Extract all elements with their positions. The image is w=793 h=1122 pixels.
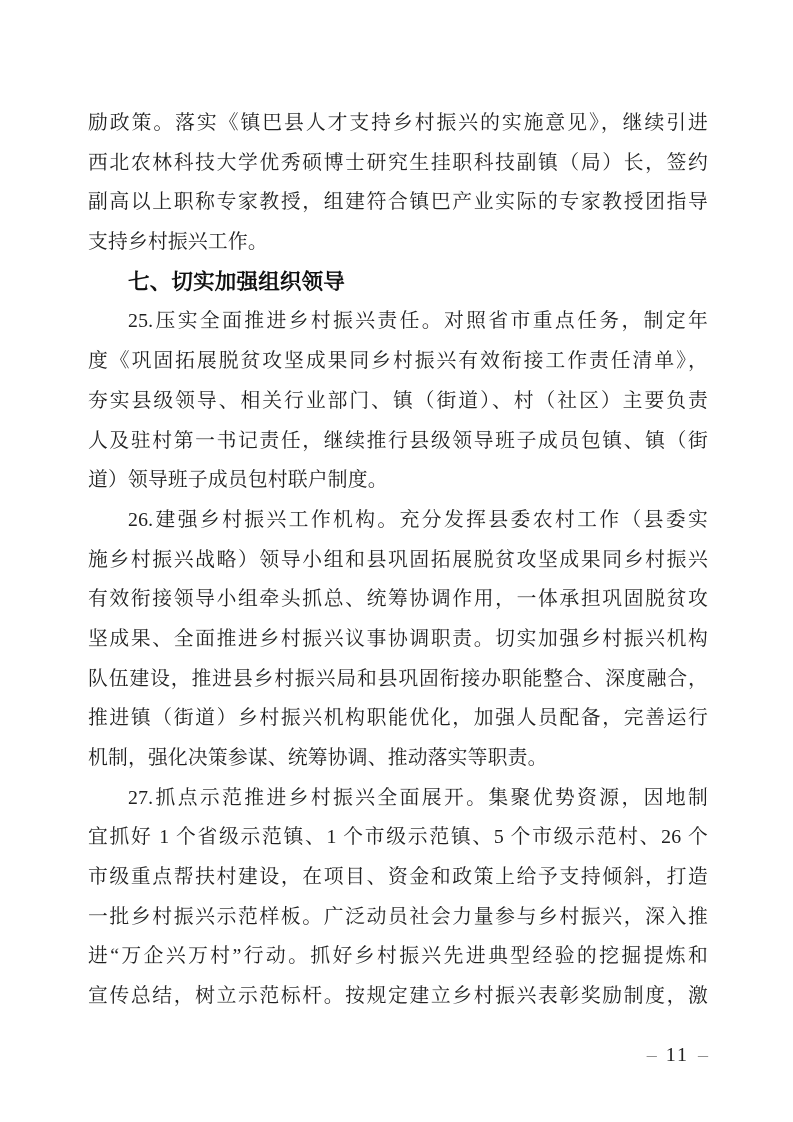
para-continuation: 励政策。落实《镇巴县人才支持乡村振兴的实施意见》，继续引进西北农林科技大学优秀硕… (88, 104, 708, 263)
footer-dash-left: – (647, 1044, 657, 1066)
text-line: 夯实县级领导、相关行业部门、镇（街道）、村（社区）主要负责 (88, 382, 708, 422)
text-line: 25.压实全面推进乡村振兴责任。对照省市重点任务，制定年 (88, 302, 708, 342)
para-26: 26.建强乡村振兴工作机构。充分发挥县委农村工作（县委实施乡村振兴战略）领导小组… (88, 501, 708, 779)
text-line: 推进镇（街道）乡村振兴机构职能优化，加强人员配备，完善运行 (88, 699, 708, 739)
page-footer: –11– (88, 1044, 708, 1067)
document-page: 励政策。落实《镇巴县人才支持乡村振兴的实施意见》，继续引进西北农林科技大学优秀硕… (0, 0, 793, 1122)
text-line: 度《巩固拓展脱贫攻坚成果同乡村振兴有效衔接工作责任清单》， (88, 342, 708, 382)
text-line: 人及驻村第一书记责任，继续推行县级领导班子成员包镇、镇（街 (88, 422, 708, 462)
text-line: 27.抓点示范推进乡村振兴全面展开。集聚优势资源，因地制 (88, 779, 708, 819)
section-heading: 七、切实加强组织领导 (88, 263, 708, 303)
text-line: 西北农林科技大学优秀硕博士研究生挂职科技副镇（局）长，签约 (88, 144, 708, 184)
text-line: 宣传总结，树立示范标杆。按规定建立乡村振兴表彰奖励制度，激 (88, 977, 708, 1017)
text-line: 机制，强化决策参谋、统筹协调、推动落实等职责。 (88, 739, 708, 779)
text-line: 坚成果、全面推进乡村振兴议事协调职责。切实加强乡村振兴机构 (88, 620, 708, 660)
para-25: 25.压实全面推进乡村振兴责任。对照省市重点任务，制定年度《巩固拓展脱贫攻坚成果… (88, 302, 708, 500)
heading-line: 七、切实加强组织领导 (88, 263, 708, 303)
text-line: 市级重点帮扶村建设，在项目、资金和政策上给予支持倾斜，打造 (88, 858, 708, 898)
page-number: 11 (666, 1044, 689, 1066)
text-line: 宜抓好 1 个省级示范镇、1 个市级示范镇、5 个市级示范村、26 个 (88, 818, 708, 858)
text-line: 26.建强乡村振兴工作机构。充分发挥县委农村工作（县委实 (88, 501, 708, 541)
text-line: 进“万企兴万村”行动。抓好乡村振兴先进典型经验的挖掘提炼和 (88, 937, 708, 977)
document-body: 励政策。落实《镇巴县人才支持乡村振兴的实施意见》，继续引进西北农林科技大学优秀硕… (88, 104, 708, 1017)
text-line: 有效衔接领导小组牵头抓总、统筹协调作用，一体承担巩固脱贫攻 (88, 580, 708, 620)
text-line: 队伍建设，推进县乡村振兴局和县巩固衔接办职能整合、深度融合， (88, 660, 708, 700)
text-line: 励政策。落实《镇巴县人才支持乡村振兴的实施意见》，继续引进 (88, 104, 708, 144)
footer-dash-right: – (698, 1044, 708, 1066)
para-27: 27.抓点示范推进乡村振兴全面展开。集聚优势资源，因地制宜抓好 1 个省级示范镇… (88, 779, 708, 1017)
text-line: 施乡村振兴战略）领导小组和县巩固拓展脱贫攻坚成果同乡村振兴 (88, 541, 708, 581)
text-line: 支持乡村振兴工作。 (88, 223, 708, 263)
text-line: 副高以上职称专家教授，组建符合镇巴产业实际的专家教授团指导 (88, 183, 708, 223)
text-line: 道）领导班子成员包村联户制度。 (88, 461, 708, 501)
text-line: 一批乡村振兴示范样板。广泛动员社会力量参与乡村振兴，深入推 (88, 898, 708, 938)
